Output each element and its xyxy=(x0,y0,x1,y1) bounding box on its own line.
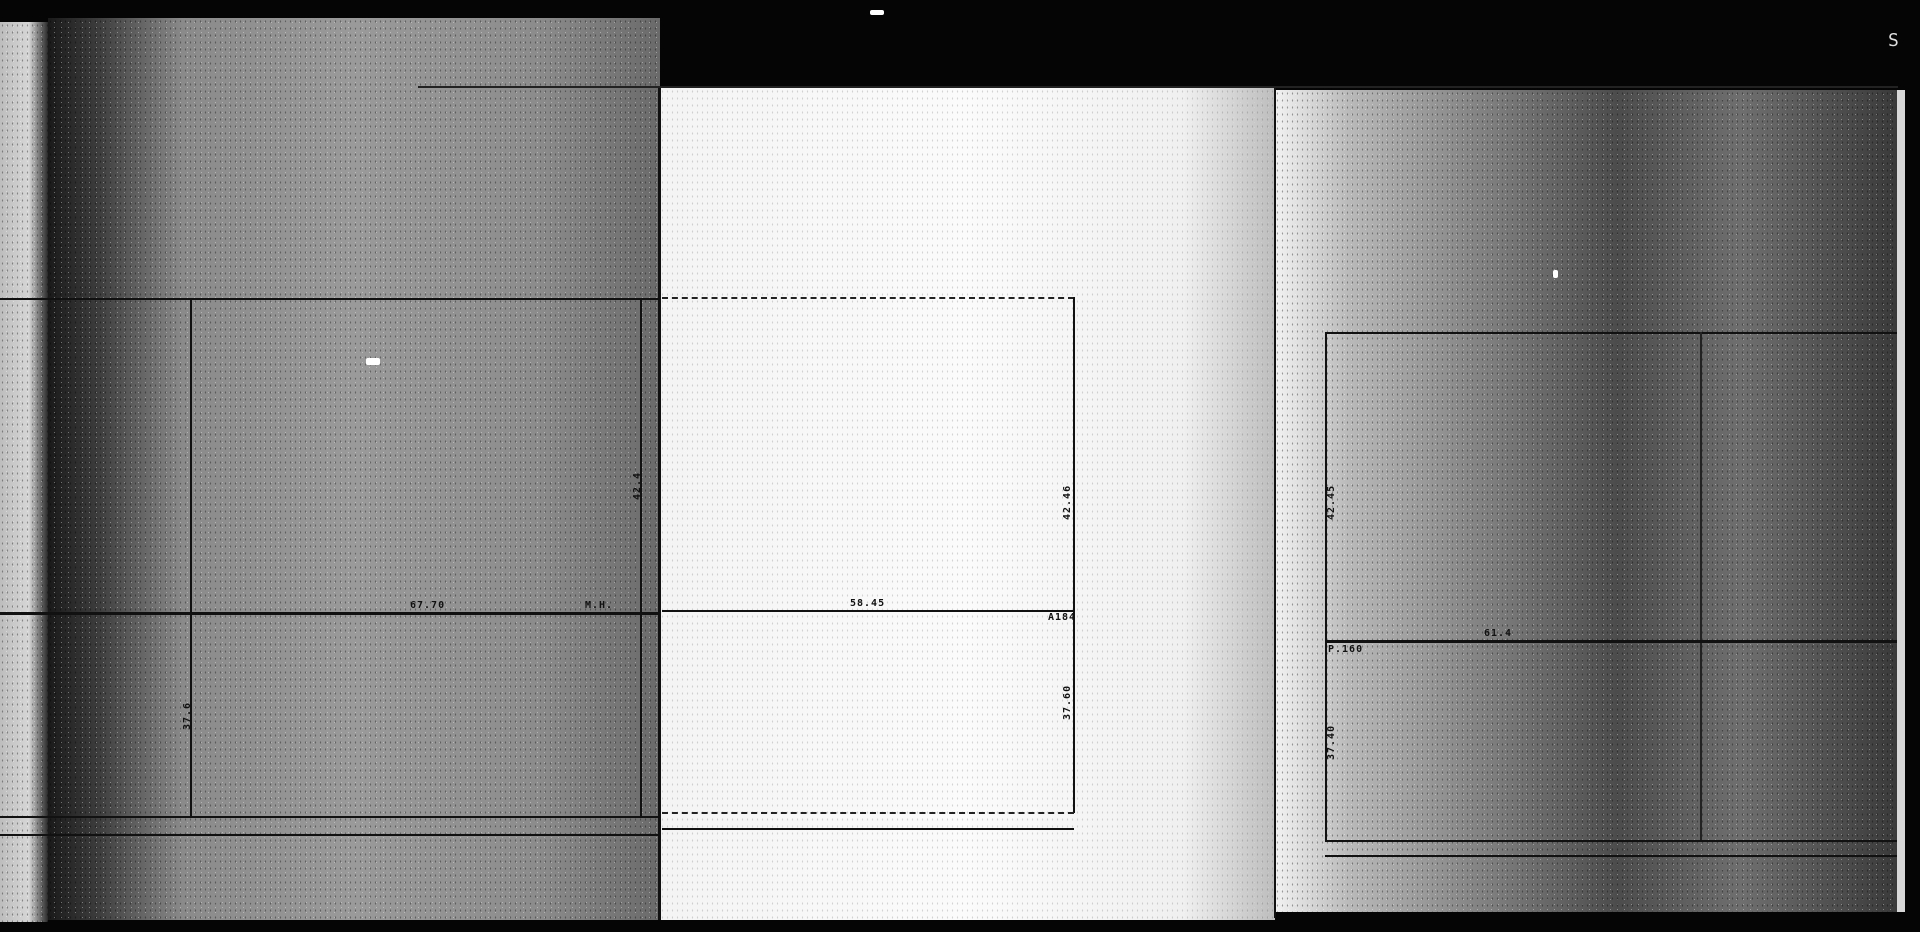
middle-lot-top-line xyxy=(662,297,1074,299)
sheet-panel-left xyxy=(48,18,660,920)
scan-speck xyxy=(366,358,380,365)
middle-street-line xyxy=(662,828,1074,830)
middle-corner-label: A184 xyxy=(1048,612,1076,623)
panel-divider-1 xyxy=(658,88,661,920)
margin-mark: S xyxy=(1888,30,1900,51)
right-lot-bottom-line xyxy=(1325,840,1897,842)
left-street-line xyxy=(0,834,660,836)
middle-lot-mid-line xyxy=(662,610,1074,612)
sheet-panel-right xyxy=(1275,90,1897,912)
panel-divider-2 xyxy=(1274,88,1276,918)
middle-horizontal-dimension: 58.45 xyxy=(850,598,885,609)
right-lot-left-line xyxy=(1325,332,1327,842)
left-lot-mid-line xyxy=(0,612,660,615)
right-vertical-dimension-lower: 37.40 xyxy=(1326,725,1337,760)
right-vertical-dimension-upper: 42.45 xyxy=(1326,485,1337,520)
middle-vertical-dimension-upper: 42.46 xyxy=(1062,485,1073,520)
right-lot-top-line xyxy=(1325,332,1897,334)
right-street-line xyxy=(1325,855,1897,857)
middle-lot-right-line xyxy=(1073,297,1075,813)
left-vertical-dimension-lower: 37.6 xyxy=(182,702,193,730)
sheet-panel-middle xyxy=(660,88,1275,920)
left-lot-bottom-line xyxy=(0,816,660,818)
left-horizontal-dimension: 67.70 xyxy=(410,600,445,611)
middle-vertical-dimension-lower: 37.60 xyxy=(1062,685,1073,720)
right-lot-inner-line xyxy=(1700,332,1702,842)
left-corner-label: M.H. xyxy=(585,600,613,611)
left-lot-right-line xyxy=(640,298,642,818)
right-corner-label: P.160 xyxy=(1328,644,1363,655)
left-lot-top-line xyxy=(0,298,660,300)
scan-speck xyxy=(870,10,884,15)
top-sheet-edge xyxy=(418,86,1898,88)
scan-speck xyxy=(1553,270,1558,278)
middle-lot-bottom-line xyxy=(662,812,1074,814)
left-lot-left-line xyxy=(190,298,192,818)
left-edge-strip xyxy=(0,22,48,922)
right-edge xyxy=(1897,90,1905,912)
right-horizontal-dimension: 61.4 xyxy=(1484,628,1512,639)
right-lot-mid-line xyxy=(1325,640,1897,643)
left-vertical-dimension-upper: 42.4 xyxy=(632,472,643,500)
